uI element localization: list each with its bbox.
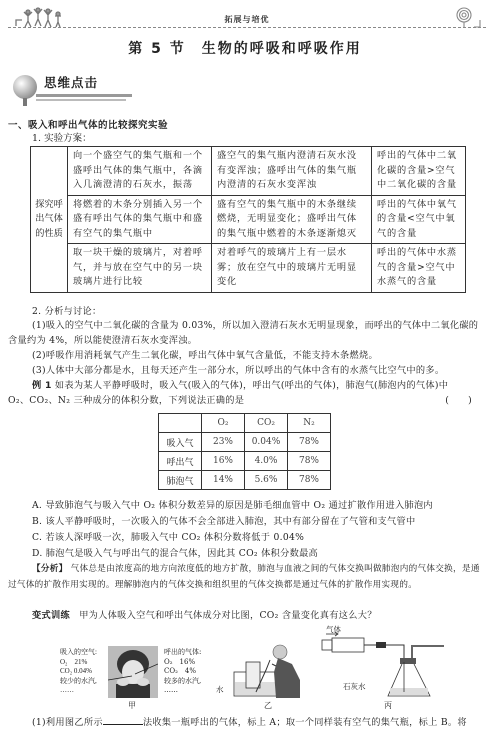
row-header: 吸入气 xyxy=(159,433,202,452)
figure-caption: 甲 xyxy=(128,700,136,711)
phenomenon-cell: 盛有空气的集气瓶中的木条继续燃烧，无明显变化；盛呼出气体的集气瓶中燃着的木条逐渐… xyxy=(212,195,372,244)
exhaled-line: O₂ 16% xyxy=(164,658,201,668)
value-cell: 16% xyxy=(202,452,245,471)
inhaled-line: 吸入的空气: xyxy=(60,648,97,658)
value-cell: 5.6% xyxy=(245,471,288,490)
option-c[interactable]: C. 若该人深呼吸一次，肺吸入气中 CO₂ 体积分数将低于 0.04% xyxy=(32,530,482,545)
lime-water-label: 石灰水 xyxy=(343,681,366,692)
fill-blank[interactable] xyxy=(103,716,143,725)
analysis-label: 【分析】 xyxy=(32,564,68,574)
exhaled-line: …… xyxy=(164,686,201,696)
inhaled-list: 吸入的空气: O₂ 21% CO₂ 0.04% 较少的水汽, …… xyxy=(60,648,97,696)
variant-question: 变式训练 甲为人体吸入空气和呼出气体成分对比图，CO₂ 含量变化真有这么大？ xyxy=(8,608,482,623)
example-text: O₂、CO₂、N₂ 三种成分的体积分数，下列说法正确的是 xyxy=(8,395,244,406)
exhaled-line: CO₂ 4% xyxy=(164,667,201,677)
phenomenon-cell: 对着呼气的玻璃片上有一层水雾；放在空气中的玻璃片无明显变化 xyxy=(212,244,372,293)
header-title: 拓展与培优 xyxy=(8,14,486,25)
value-cell: 23% xyxy=(202,433,245,452)
table-row: 探究呼出气体的性质 向一个盛空气的集气瓶和一个盛呼出气体的集气瓶中，各滴入几滴澄… xyxy=(31,147,466,196)
value-cell: 4.0% xyxy=(245,452,288,471)
variant-text: 甲为人体吸入空气和呼出气体成分对比图，CO₂ 含量变化真有这么大？ xyxy=(79,610,377,621)
section-badge: 思维点击 xyxy=(10,68,125,108)
option-d[interactable]: D. 肺泡气是吸入气与呼出气的混合气体，因此其 CO₂ 体积分数最高 xyxy=(32,546,482,561)
variant-label: 变式训练 xyxy=(32,610,70,621)
spiral-icon xyxy=(450,6,482,28)
example-label: 例 1 xyxy=(32,380,52,391)
value-cell: 78% xyxy=(288,471,331,490)
inhaled-line: …… xyxy=(60,686,97,696)
paragraph: (1)吸入的空气中二氧化碳的含量为 0.03%，所以加入澄清石灰水无明显现象，而… xyxy=(8,318,482,348)
water-label: 水 xyxy=(216,684,224,695)
header-cell: O₂ xyxy=(202,414,245,433)
exhaled-line: 呼出的气体: xyxy=(164,648,201,658)
example-text: 如表为某人平静呼吸时，吸入气(吸入的气体)，呼出气(呼出的气体)，肺泡气(肺泡内… xyxy=(55,380,448,391)
part-heading: 一、吸入和呼出气体的比较探究实验 xyxy=(8,117,168,131)
table-row: 将燃着的木条分别插入另一个盛有呼出气体的集气瓶中和盛有空气的集气瓶中 盛有空气的… xyxy=(31,195,466,244)
conclusion-cell: 呼出的气体中氧气的含量<空气中氧气的含量 xyxy=(372,195,466,244)
analysis-block: 【分析】 气体总是由浓度高的地方向浓度低的地方扩散，肺泡与血液之间的气体交换叫做… xyxy=(8,562,482,593)
child-photo xyxy=(108,646,158,698)
table-row: 肺泡气 14% 5.6% 78% xyxy=(159,471,331,490)
divider xyxy=(36,99,126,101)
exhaled-list: 呼出的气体: O₂ 16% CO₂ 4% 较多的水汽, …… xyxy=(164,648,201,696)
table-row: 吸入气 23% 0.04% 78% xyxy=(159,433,331,452)
header-cell xyxy=(159,414,202,433)
value-cell: 0.04% xyxy=(245,433,288,452)
example-question-cont: O₂、CO₂、N₂ 三种成分的体积分数，下列说法正确的是 ( ) xyxy=(8,393,482,408)
table-row: 取一块干燥的玻璃片，对着呼气，并与放在空气中的另一块玻璃片进行比较 对着呼气的玻… xyxy=(31,244,466,293)
sub-heading: 1. 实验方案： xyxy=(32,130,92,144)
globe-icon xyxy=(13,75,37,99)
method-cell: 取一块干燥的玻璃片，对着呼气，并与放在空气中的另一块玻璃片进行比较 xyxy=(68,244,212,293)
experiment-table: 探究呼出气体的性质 向一个盛空气的集气瓶和一个盛呼出气体的集气瓶中，各滴入几滴澄… xyxy=(30,146,466,293)
exhaled-line: 较多的水汽, xyxy=(164,677,201,687)
value-cell: 14% xyxy=(202,471,245,490)
method-cell: 将燃着的木条分别插入另一个盛有呼出气体的集气瓶中和盛有空气的集气瓶中 xyxy=(68,195,212,244)
figure-yi xyxy=(226,640,306,700)
conclusion-cell: 呼出的气体中二氧化碳的含量>空气中二氧化碳的含量 xyxy=(372,147,466,196)
paragraph: (3)人体中大部分都是水，且每天还产生一部分水，所以呼出的气体中含有的水蒸气比空… xyxy=(8,363,482,378)
header-cell: CO₂ xyxy=(245,414,288,433)
section-label: 思维点击 xyxy=(44,73,98,91)
value-cell: 78% xyxy=(288,452,331,471)
option-b[interactable]: B. 该人平静呼吸时，一次吸入的气体不会全部进入肺泡，其中有部分留在了气管和支气… xyxy=(32,514,482,529)
figure-jia: 吸入的空气: O₂ 21% CO₂ 0.04% 较少的水汽, …… 呼出的气体:… xyxy=(60,648,220,708)
phenomenon-cell: 盛空气的集气瓶内澄清石灰水没有变浑浊；盛呼出气体的集气瓶内澄清的石灰水变浑浊 xyxy=(212,147,372,196)
question-text: (1)利用图乙所示 xyxy=(32,717,103,728)
gas-table: O₂ CO₂ N₂ 吸入气 23% 0.04% 78% 呼出气 16% 4.0%… xyxy=(158,413,331,490)
page-title: 第 5 节 生物的呼吸和呼吸作用 xyxy=(0,38,490,58)
page-header: 拓展与培优 xyxy=(8,6,486,28)
question-text: 法收集一瓶呼出的气体，标上 A；取一个同样装有空气的集气瓶，标上 B。将 xyxy=(143,717,467,728)
inhaled-line: 较少的水汽, xyxy=(60,677,97,687)
inhaled-line: O₂ 21% xyxy=(60,658,97,668)
method-cell: 向一个盛空气的集气瓶和一个盛呼出气体的集气瓶中，各滴入几滴澄清的石灰水，振荡 xyxy=(68,147,212,196)
figure-caption: 乙 xyxy=(264,700,272,711)
conclusion-cell: 呼出的气体中水蒸气的含量>空气中水蒸气的含量 xyxy=(372,244,466,293)
question-1: (1)利用图乙所示法收集一瓶呼出的气体，标上 A；取一个同样装有空气的集气瓶，标… xyxy=(8,715,482,730)
header-cell: N₂ xyxy=(288,414,331,433)
value-cell: 78% xyxy=(288,433,331,452)
example-question: 例 1 如表为某人平静呼吸时，吸入气(吸入的气体)，呼出气(呼出的气体)，肺泡气… xyxy=(8,378,482,393)
figure-bing xyxy=(320,632,450,700)
analysis-text: 气体总是由浓度高的地方向浓度低的地方扩散，肺泡与血液之间的气体交换叫做肺泡内的气… xyxy=(8,564,480,590)
globe-stand xyxy=(23,98,27,106)
option-a[interactable]: A. 导致肺泡气与吸入气中 O₂ 体积分数差异的原因是肺毛细血管中 O₂ 通过扩… xyxy=(32,498,482,513)
figure-caption: 丙 xyxy=(384,700,392,711)
side-label: 探究呼出气体的性质 xyxy=(31,147,68,293)
divider xyxy=(36,94,132,97)
sub-heading: 2. 分析与讨论： xyxy=(32,304,472,319)
table-header-row: O₂ CO₂ N₂ xyxy=(159,414,331,433)
inhaled-line: CO₂ 0.04% xyxy=(60,667,97,677)
table-row: 呼出气 16% 4.0% 78% xyxy=(159,452,331,471)
row-header: 肺泡气 xyxy=(159,471,202,490)
paragraph: (2)呼吸作用消耗氧气产生二氧化碳，呼出气体中氧气含量低，不能支持木条燃烧。 xyxy=(8,348,482,363)
row-header: 呼出气 xyxy=(159,452,202,471)
answer-paren[interactable]: ( ) xyxy=(445,393,472,408)
